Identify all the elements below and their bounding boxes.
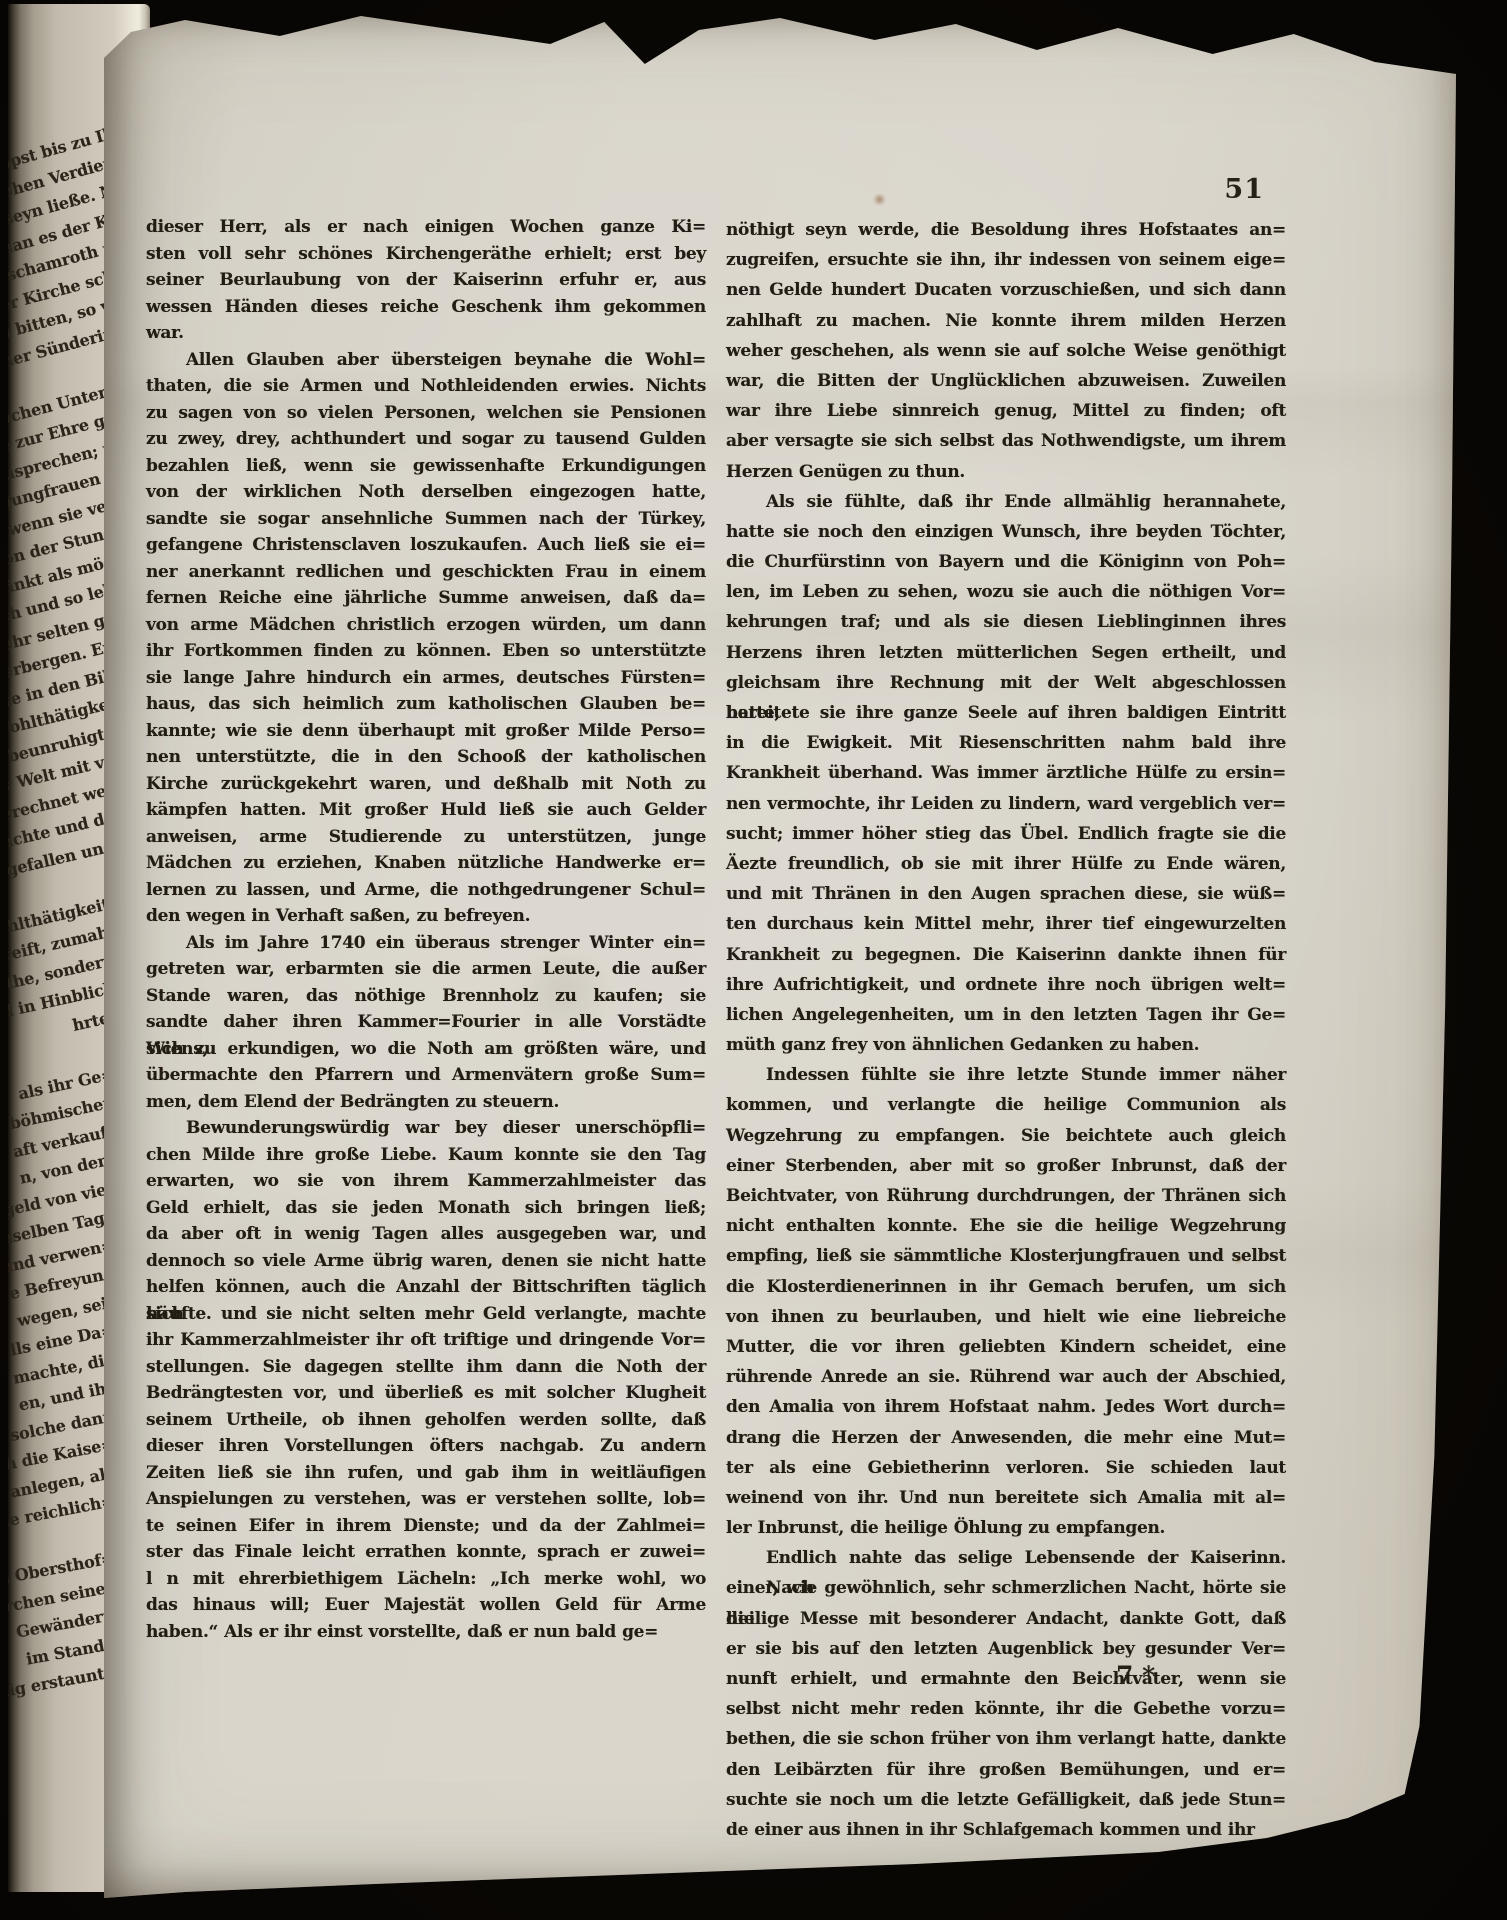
text-line: er sie bis auf den letzten Augenblick be… (726, 1634, 1286, 1664)
text-line: zahlhaft zu machen. Nie konnte ihrem mil… (726, 306, 1286, 336)
text-line: bereitete sie ihre ganze Seele auf ihren… (726, 698, 1286, 728)
text-line: de einer aus ihnen in ihr Schlafgemach k… (726, 1815, 1286, 1845)
text-line: Krankheit überhand. Was immer ärztliche … (726, 758, 1286, 788)
text-line: thaten, die sie Armen und Nothleidenden … (146, 373, 706, 400)
text-line: Anspielungen zu verstehen, was er verste… (146, 1486, 706, 1513)
text-line: l n mit ehrerbiethigem Lächeln: „Ich mer… (146, 1566, 706, 1593)
text-line: war, die Bitten der Unglücklichen abzuwe… (726, 366, 1286, 396)
text-line: gleichsam ihre Rechnung mit der Welt abg… (726, 668, 1286, 698)
signature-mark: 7 * (1116, 1661, 1236, 1690)
text-line: Indessen fühlte sie ihre letzte Stunde i… (726, 1060, 1286, 1090)
text-line: hatte sie noch den einzigen Wunsch, ihre… (726, 517, 1286, 547)
text-line: Als sie fühlte, daß ihr Ende allmählig h… (726, 487, 1286, 517)
text-line: weher geschehen, als wenn sie auf solche… (726, 336, 1286, 366)
text-line: drang die Herzen der Anwesenden, die meh… (726, 1423, 1286, 1453)
text-column-left: dieser Herr, als er nach einigen Wochen … (146, 214, 706, 1645)
text-line: suchte sie noch um die letzte Gefälligke… (726, 1785, 1286, 1815)
text-line: bezahlen ließ, wenn sie gewissenhafte Er… (146, 453, 706, 480)
text-line: selbst nicht mehr reden könnte, ihr die … (726, 1694, 1286, 1724)
text-line: nen Gelde hundert Ducaten vorzuschießen,… (726, 275, 1286, 305)
text-line: ten durchaus kein Mittel mehr, ihrer tie… (726, 909, 1286, 939)
text-line: einer Sterbenden, aber mit so großer Inb… (726, 1151, 1286, 1181)
text-line: von arme Mädchen christlich erzogen würd… (146, 612, 706, 639)
text-line: Als im Jahre 1740 ein überaus strenger W… (146, 930, 706, 957)
text-line: Mädchen zu erziehen, Knaben nützliche Ha… (146, 850, 706, 877)
text-line: Stande waren, das nöthige Brennholz zu k… (146, 983, 706, 1010)
text-line: lichen Angelegenheiten, um in den letzte… (726, 1000, 1286, 1030)
text-line: getreten war, erbarmten sie die armen Le… (146, 956, 706, 983)
text-line: fernen Reiche eine jährliche Summe anwei… (146, 585, 706, 612)
text-line: die Klosterdienerinnen in ihr Gemach ber… (726, 1272, 1286, 1302)
text-line: Herzen Genügen zu thun. (726, 457, 1286, 487)
text-line: Kirche zurückgekehrt waren, und deßhalb … (146, 771, 706, 798)
text-line: Bewunderungswürdig war bey dieser unersc… (146, 1115, 706, 1142)
text-line: übermachte den Pfarrern und Armenvätern … (146, 1062, 706, 1089)
text-line: rührende Anrede an sie. Rührend war auch… (726, 1362, 1286, 1392)
text-line: men, dem Elend der Bedrängten zu steuern… (146, 1089, 706, 1116)
text-line: anweisen, arme Studierende zu unterstütz… (146, 824, 706, 851)
text-line: dieser ihren Vorstellungen öfters nachga… (146, 1433, 706, 1460)
text-line: bethen, die sie schon früher von ihm ver… (726, 1724, 1286, 1754)
text-line: Zeiten ließ sie ihn rufen, und gab ihm i… (146, 1460, 706, 1487)
text-line: nen unterstützte, die in den Schooß der … (146, 744, 706, 771)
text-line: stellungen. Sie dagegen stellte ihm dann… (146, 1354, 706, 1381)
text-line: ihr Fortkommen finden zu können. Eben so… (146, 638, 706, 665)
text-line: ster das Finale leicht errathen konnte, … (146, 1539, 706, 1566)
text-line: war. (146, 320, 706, 347)
text-line: zu sagen von so vielen Personen, welchen… (146, 400, 706, 427)
text-line: zugreifen, ersuchte sie ihn, ihr indesse… (726, 245, 1286, 275)
text-line: Beichtvater, von Rührung durchdrungen, d… (726, 1181, 1286, 1211)
text-line: aber versagte sie sich selbst das Nothwe… (726, 426, 1286, 456)
text-line: häufte. und sie nicht selten mehr Geld v… (146, 1301, 706, 1328)
text-line: nen vermochte, ihr Leiden zu lindern, wa… (726, 789, 1286, 819)
text-line: einer, wie gewöhnlich, sehr schmerzliche… (726, 1573, 1286, 1603)
text-line: lernen zu lassen, und Arme, die nothgedr… (146, 877, 706, 904)
text-line: da aber oft in wenig Tagen alles ausgege… (146, 1221, 706, 1248)
text-line: dieser Herr, als er nach einigen Wochen … (146, 214, 706, 241)
text-line: Krankheit zu begegnen. Die Kaiserinn dan… (726, 940, 1286, 970)
text-line: Herzens ihren letzten mütterlichen Segen… (726, 638, 1286, 668)
text-line: ler Inbrunst, die heilige Öhlung zu empf… (726, 1513, 1286, 1543)
text-line: sucht; immer höher stieg das Übel. Endli… (726, 819, 1286, 849)
text-column-right: nöthigt seyn werde, die Besoldung ihres … (726, 215, 1286, 1845)
text-line: seiner Beurlaubung von der Kaiserinn erf… (146, 267, 706, 294)
text-line: wessen Händen dieses reiche Geschenk ihm… (146, 294, 706, 321)
text-line: Endlich nahte das selige Lebensende der … (726, 1543, 1286, 1573)
text-line: den Amalia von ihrem Hofstaat nahm. Jede… (726, 1392, 1286, 1422)
text-line: len, im Leben zu sehen, wozu sie auch di… (726, 577, 1286, 607)
text-line: weinend von ihr. Und nun bereitete sich … (726, 1483, 1286, 1513)
text-line: Äezte freundlich, ob sie mit ihrer Hülfe… (726, 849, 1286, 879)
text-line: chen Milde ihre große Liebe. Kaum konnte… (146, 1142, 706, 1169)
text-line: den Leibärzten für ihre großen Bemühunge… (726, 1755, 1286, 1785)
text-line: te seinen Eifer in ihrem Dienste; und da… (146, 1513, 706, 1540)
text-line: das hinaus will; Euer Majestät wollen Ge… (146, 1592, 706, 1619)
text-line: die Churfürstinn von Bayern und die Köni… (726, 547, 1286, 577)
text-line: ter als eine Gebietherinn verloren. Sie … (726, 1453, 1286, 1483)
text-line: kannte; wie sie denn überhaupt mit große… (146, 718, 706, 745)
book-page: 51 dieser Herr, als er nach einigen Woch… (104, 6, 1456, 1898)
text-line: von der wirklichen Noth derselben eingez… (146, 479, 706, 506)
text-line: sich zu erkundigen, wo die Noth am größt… (146, 1036, 706, 1063)
text-line: sandte sie sogar ansehnliche Summen nach… (146, 506, 706, 533)
text-line: sten voll sehr schönes Kirchengeräthe er… (146, 241, 706, 268)
text-line: haus, das sich heimlich zum katholischen… (146, 691, 706, 718)
text-line: ihre Aufrichtigkeit, und ordnete ihre no… (726, 970, 1286, 1000)
book-scan-photo: e Papst bis zu Iho hohen Verdienegen sey… (0, 0, 1507, 1920)
text-line: erwarten, wo sie von ihrem Kammerzahlmei… (146, 1168, 706, 1195)
text-line: war ihre Liebe sinnreich genug, Mittel z… (726, 396, 1286, 426)
text-line: gefangene Christensclaven loszukaufen. A… (146, 532, 706, 559)
text-line: empfing, ließ sie sämmtliche Klosterjung… (726, 1241, 1286, 1271)
text-line: von ihnen zu beurlauben, und hielt wie e… (726, 1302, 1286, 1332)
text-line: in die Ewigkeit. Mit Riesenschritten nah… (726, 728, 1286, 758)
text-line: Mutter, die vor ihren geliebten Kindern … (726, 1332, 1286, 1362)
text-line: Bedrängtesten vor, und überließ es mit s… (146, 1380, 706, 1407)
text-line: müth ganz frey von ähnlichen Gedanken zu… (726, 1030, 1286, 1060)
text-line: zu zwey, drey, achthundert und sogar zu … (146, 426, 706, 453)
text-line: sandte daher ihren Kammer=Fourier in all… (146, 1009, 706, 1036)
text-line: ihr Kammerzahlmeister ihr oft triftige u… (146, 1327, 706, 1354)
text-line: sie lange Jahre hindurch ein armes, deut… (146, 665, 706, 692)
text-line: Geld erhielt, das sie jeden Monath sich … (146, 1195, 706, 1222)
text-line: ner anerkannt redlichen und geschickten … (146, 559, 706, 586)
paper-stain (872, 194, 887, 205)
text-line: den wegen in Verhaft saßen, zu befreyen. (146, 903, 706, 930)
text-line: und mit Thränen in den Augen sprachen di… (726, 879, 1286, 909)
text-line: seinem Urtheile, ob ihnen geholfen werde… (146, 1407, 706, 1434)
text-line: helfen können, auch die Anzahl der Bitts… (146, 1274, 706, 1301)
text-line: nöthigt seyn werde, die Besoldung ihres … (726, 215, 1286, 245)
text-line: Allen Glauben aber übersteigen beynahe d… (146, 347, 706, 374)
page-number: 51 (1064, 174, 1264, 205)
text-line: kommen, und verlangte die heilige Commun… (726, 1090, 1286, 1120)
text-line: kämpfen hatten. Mit großer Huld ließ sie… (146, 797, 706, 824)
text-line: nicht enthalten konnte. Ehe sie die heil… (726, 1211, 1286, 1241)
text-line: Wegzehrung zu empfangen. Sie beichtete a… (726, 1121, 1286, 1151)
text-line: dennoch so viele Arme übrig waren, denen… (146, 1248, 706, 1275)
text-line: heilige Messe mit besonderer Andacht, da… (726, 1604, 1286, 1634)
text-line: kehrungen traf; und als sie diesen Liebl… (726, 607, 1286, 637)
text-line: haben.“ Als er ihr einst vorstellte, daß… (146, 1619, 706, 1646)
